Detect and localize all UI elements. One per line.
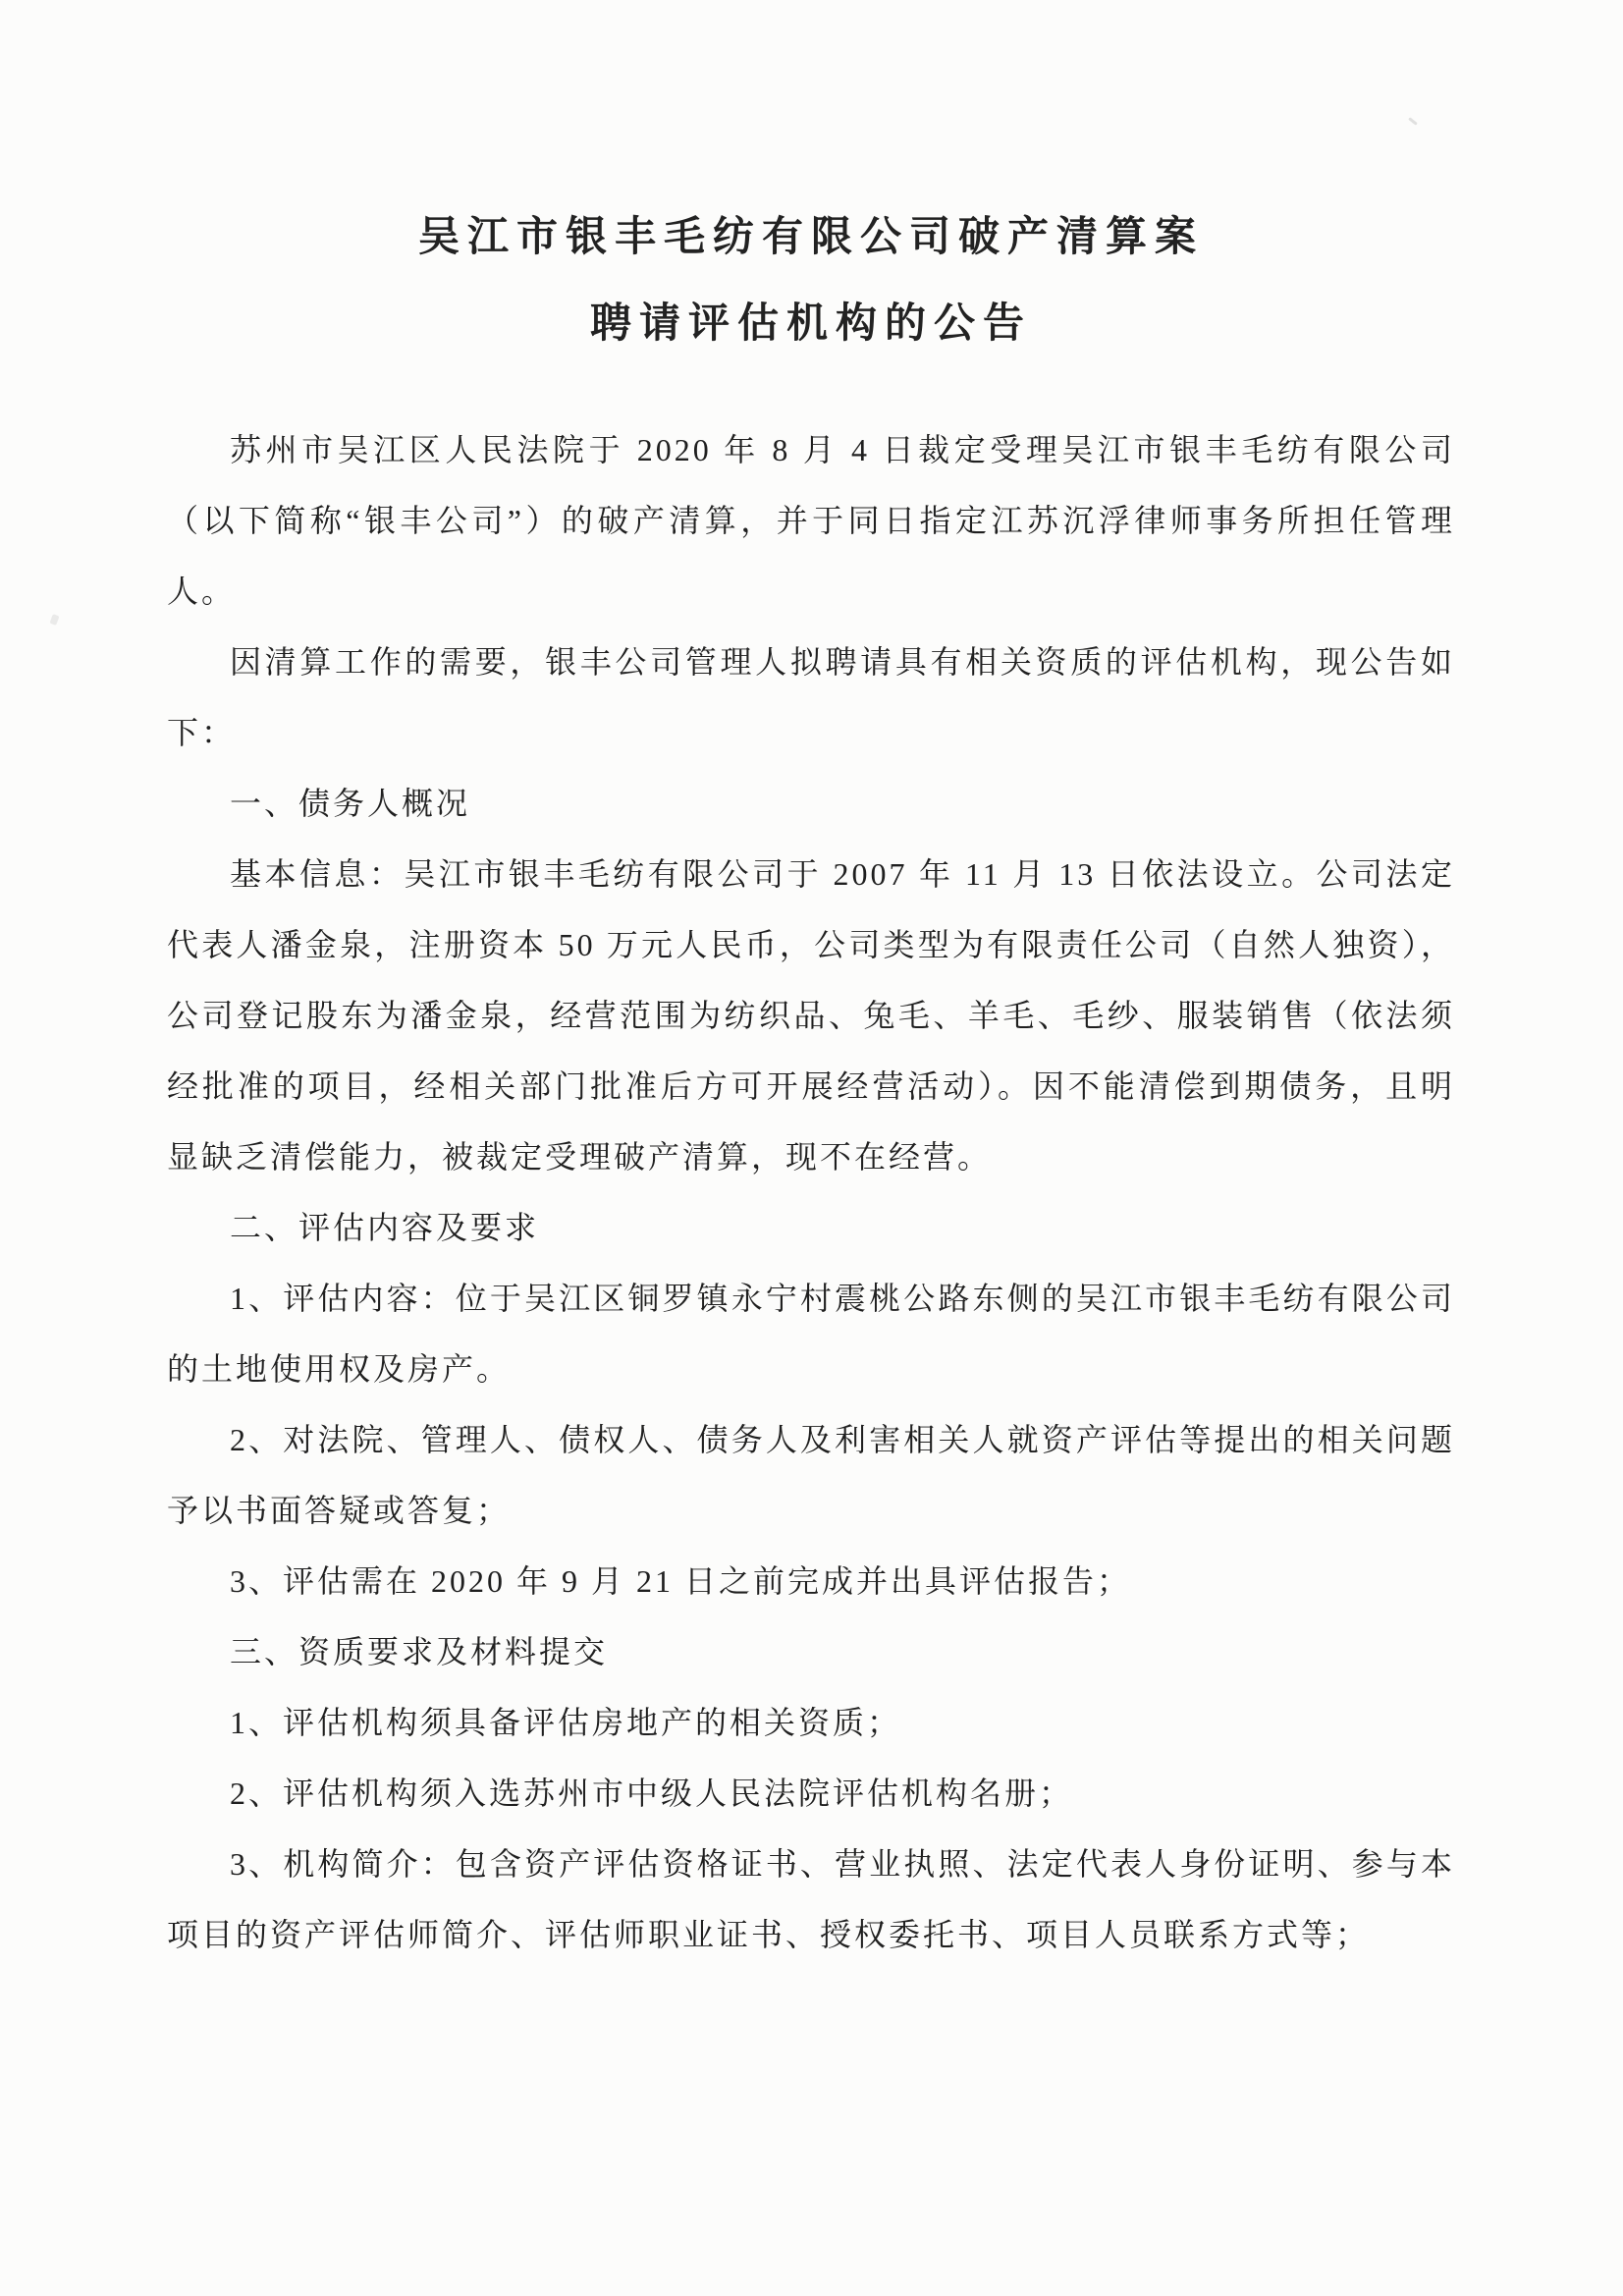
section-heading: 一、债务人概况 [167, 768, 1455, 839]
paragraph: 3、机构简介：包含资产评估资格证书、营业执照、法定代表人身份证明、参与本项目的资… [167, 1829, 1455, 1970]
document-title-line1: 吴江市银丰毛纺有限公司破产清算案 [167, 194, 1455, 281]
paragraph: 基本信息：吴江市银丰毛纺有限公司于 2007 年 11 月 13 日依法设立。公… [167, 839, 1455, 1192]
document-body: 苏州市吴江区人民法院于 2020 年 8 月 4 日裁定受理吴江市银丰毛纺有限公… [167, 414, 1455, 1970]
paragraph: 1、评估内容：位于吴江区铜罗镇永宁村震桃公路东侧的吴江市银丰毛纺有限公司的土地使… [167, 1263, 1455, 1404]
document-title-line2: 聘请评估机构的公告 [167, 281, 1455, 367]
document-page: 吴江市银丰毛纺有限公司破产清算案 聘请评估机构的公告 苏州市吴江区人民法院于 2… [0, 0, 1623, 2296]
section-heading: 三、资质要求及材料提交 [167, 1616, 1455, 1687]
paragraph: 苏州市吴江区人民法院于 2020 年 8 月 4 日裁定受理吴江市银丰毛纺有限公… [167, 414, 1455, 627]
paragraph: 因清算工作的需要，银丰公司管理人拟聘请具有相关资质的评估机构，现公告如下： [167, 627, 1455, 768]
paragraph: 1、评估机构须具备评估房地产的相关资质； [167, 1687, 1455, 1758]
section-heading: 二、评估内容及要求 [167, 1192, 1455, 1263]
scan-artifact [1408, 117, 1418, 126]
paragraph: 2、对法院、管理人、债权人、债务人及利害相关人就资产评估等提出的相关问题予以书面… [167, 1404, 1455, 1546]
scan-artifact [50, 614, 60, 626]
document-content: 吴江市银丰毛纺有限公司破产清算案 聘请评估机构的公告 苏州市吴江区人民法院于 2… [167, 194, 1455, 1970]
paragraph: 3、评估需在 2020 年 9 月 21 日之前完成并出具评估报告； [167, 1546, 1455, 1616]
paragraph: 2、评估机构须入选苏州市中级人民法院评估机构名册； [167, 1758, 1455, 1829]
